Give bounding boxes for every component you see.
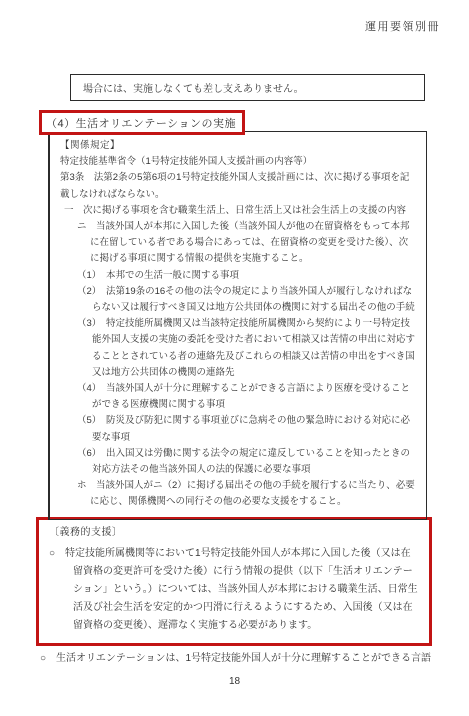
- regulation-item-ichi: 一 次に掲げる事項を含む職業生活上、日常生活上又は社会生活上の支援の内容: [60, 203, 417, 219]
- regulation-subitem-1: （1） 本邦での生活一般に関する事項: [60, 268, 417, 284]
- carryover-note-box: 場合には、実施しなくても差し支えありません。: [70, 74, 425, 101]
- regulation-item-ho: ホ 当該外国人がニ（2）に掲げる届出その他の手続を履行するに当たり、必要に応じ、…: [60, 478, 417, 510]
- carryover-note-text: 場合には、実施しなくても差し支えありません。: [83, 84, 304, 95]
- regulation-subitem-2: （2） 法第19条の16その他の法令の規定により当該外国人が履行しなければならな…: [60, 284, 417, 316]
- mandatory-support-box: 〔義務的支援〕 ○ 特定技能所属機関等において1号特定技能外国人が本邦に入国した…: [36, 517, 432, 646]
- regulation-subitem-4: （4） 当該外国人が十分に理解することができる言語により医療を受けることができる…: [60, 381, 417, 413]
- regulation-line: 特定技能基準省令（1号特定技能外国人支援計画の内容等）: [60, 154, 417, 170]
- footer-paragraph: ○ 生活オリエンテーションは、1号特定技能外国人が十分に理解することができる言語: [40, 649, 431, 664]
- section-heading: （4）生活オリエンテーションの実施: [39, 110, 245, 135]
- regulation-item-ni: ニ 当該外国人が本邦に入国した後（当該外国人が他の在留資格をもって本邦に在留して…: [60, 219, 417, 268]
- related-regulations-box: 【関係規定】 特定技能基準省令（1号特定技能外国人支援計画の内容等） 第3条 法…: [48, 131, 427, 520]
- regulation-subitem-6: （6） 出入国又は労働に関する法令の規定に違反していることを知ったときの対応方法…: [60, 446, 417, 478]
- mandatory-support-text: ○ 特定技能所属機関等において1号特定技能外国人が本邦に入国した後（又は在留資格…: [49, 545, 419, 635]
- document-page: 運用要領別冊 場合には、実施しなくても差し支えありません。 （4）生活オリエンテ…: [0, 0, 469, 716]
- doc-title: 運用要領別冊: [365, 18, 440, 34]
- regulation-line: 第3条 法第2条の5第6項の1号特定技能外国人支援計画には、次に掲げる事項を記載…: [60, 170, 417, 202]
- mandatory-support-title: 〔義務的支援〕: [49, 524, 419, 542]
- regulation-subitem-3: （3） 特定技能所属機関又は当該特定技能所属機関から契約により一号特定技能外国人…: [60, 316, 417, 381]
- page-number: 18: [0, 676, 469, 687]
- regulation-subitem-5: （5） 防災及び防犯に関する事項並びに急病その他の緊急時における対応に必要な事項: [60, 413, 417, 445]
- related-regulations-title: 【関係規定】: [60, 138, 417, 154]
